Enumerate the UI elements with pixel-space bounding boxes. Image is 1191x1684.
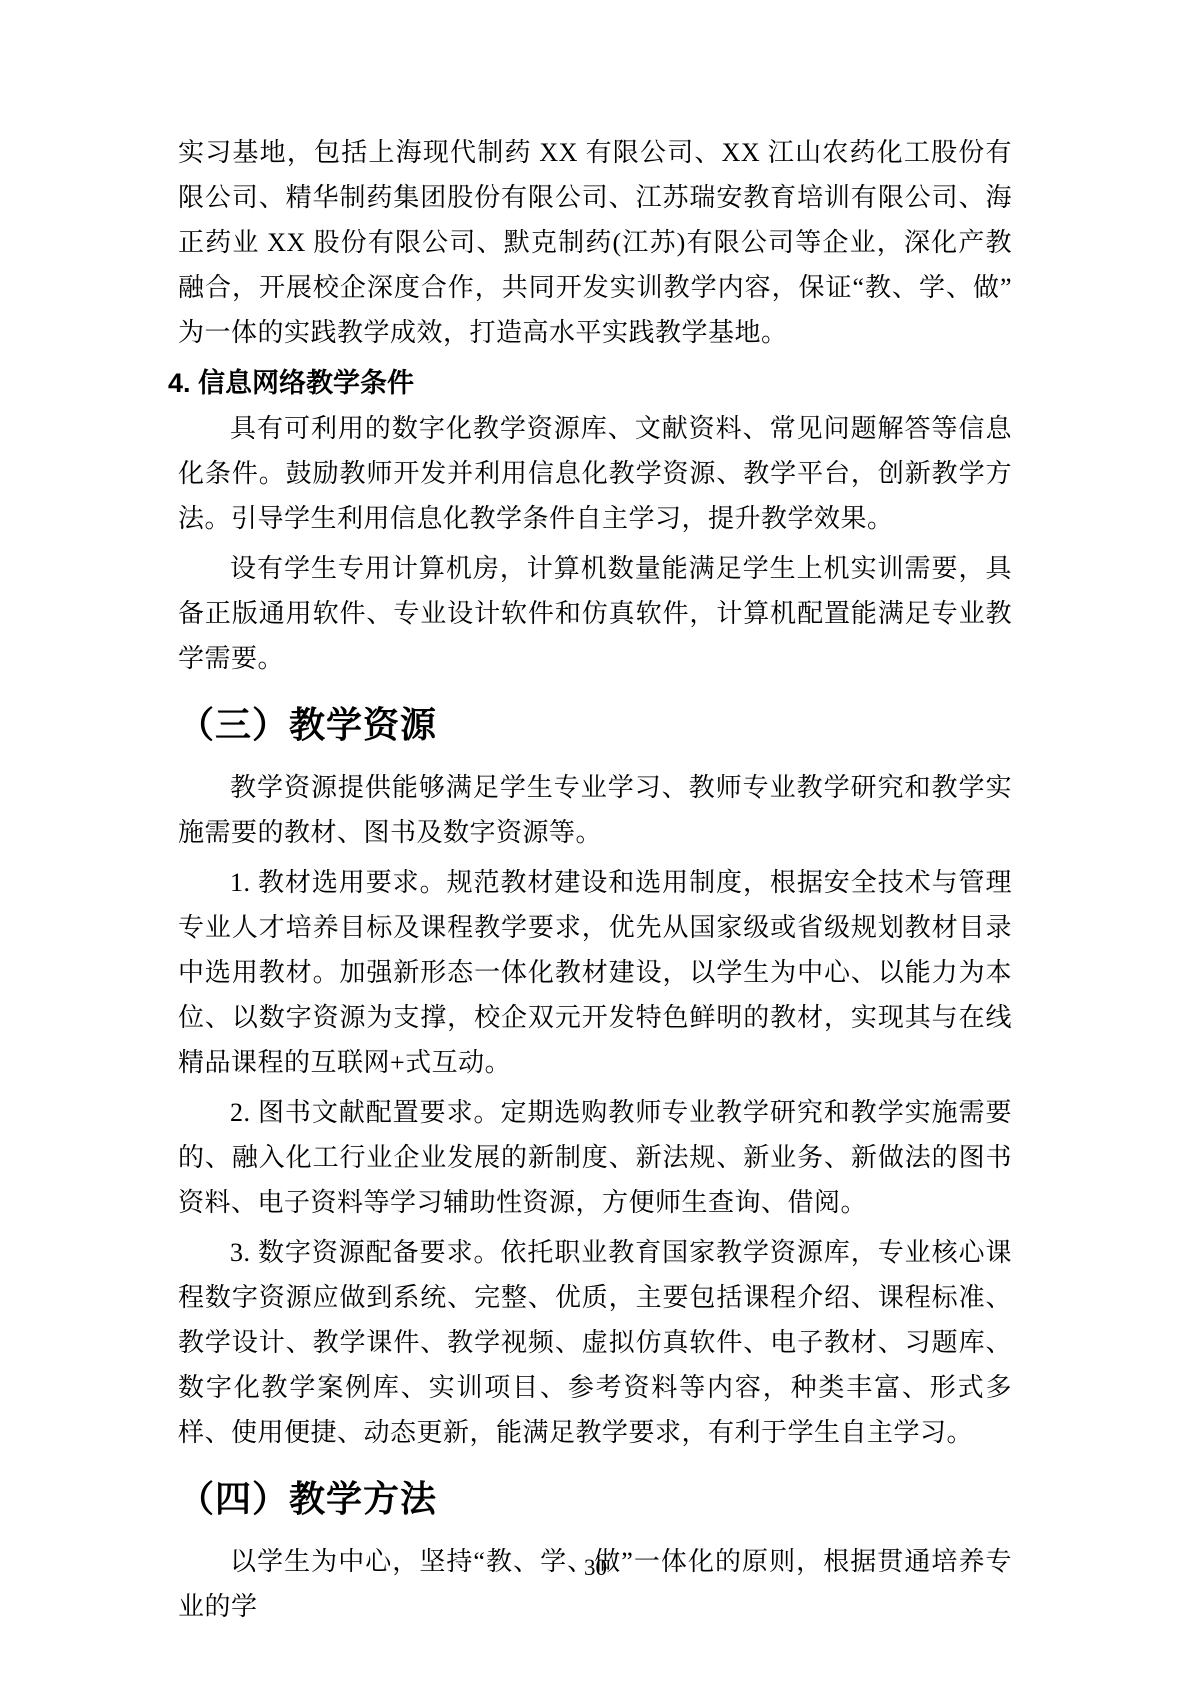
- page-number: 30: [0, 1553, 1191, 1583]
- heading-section-three-teaching-resources: （三）教学资源: [178, 699, 1012, 751]
- heading-section-four-teaching-methods: （四）教学方法: [178, 1473, 1012, 1525]
- paragraph-textbook-selection-requirements: 1. 教材选用要求。规范教材建设和选用制度，根据安全技术与管理专业人才培养目标及…: [178, 860, 1012, 1085]
- paragraph-digital-resources-conditions: 具有可利用的数字化教学资源库、文献资料、常见问题解答等信息化条件。鼓励教师开发并…: [178, 406, 1012, 541]
- paragraph-practice-base-continuation: 实习基地，包括上海现代制药 XX 有限公司、XX 江山农药化工股份有限公司、精华…: [178, 130, 1012, 355]
- paragraph-digital-resource-requirements: 3. 数字资源配备要求。依托职业教育国家教学资源库，专业核心课程数字资源应做到系…: [178, 1230, 1012, 1455]
- page-content: 实习基地，包括上海现代制药 XX 有限公司、XX 江山农药化工股份有限公司、精华…: [178, 130, 1012, 1634]
- paragraph-computer-rooms: 设有学生专用计算机房，计算机数量能满足学生上机实训需要，具备正版通用软件、专业设…: [178, 546, 1012, 681]
- paragraph-library-literature-requirements: 2. 图书文献配置要求。定期选购教师专业教学研究和教学实施需要的、融入化工行业企…: [178, 1090, 1012, 1225]
- paragraph-teaching-resources-intro: 教学资源提供能够满足学生专业学习、教师专业教学研究和教学实施需要的教材、图书及数…: [178, 765, 1012, 855]
- document-page: 实习基地，包括上海现代制药 XX 有限公司、XX 江山农药化工股份有限公司、精华…: [0, 0, 1191, 1684]
- heading-info-network-teaching-conditions: 4. 信息网络教学条件: [168, 361, 1012, 406]
